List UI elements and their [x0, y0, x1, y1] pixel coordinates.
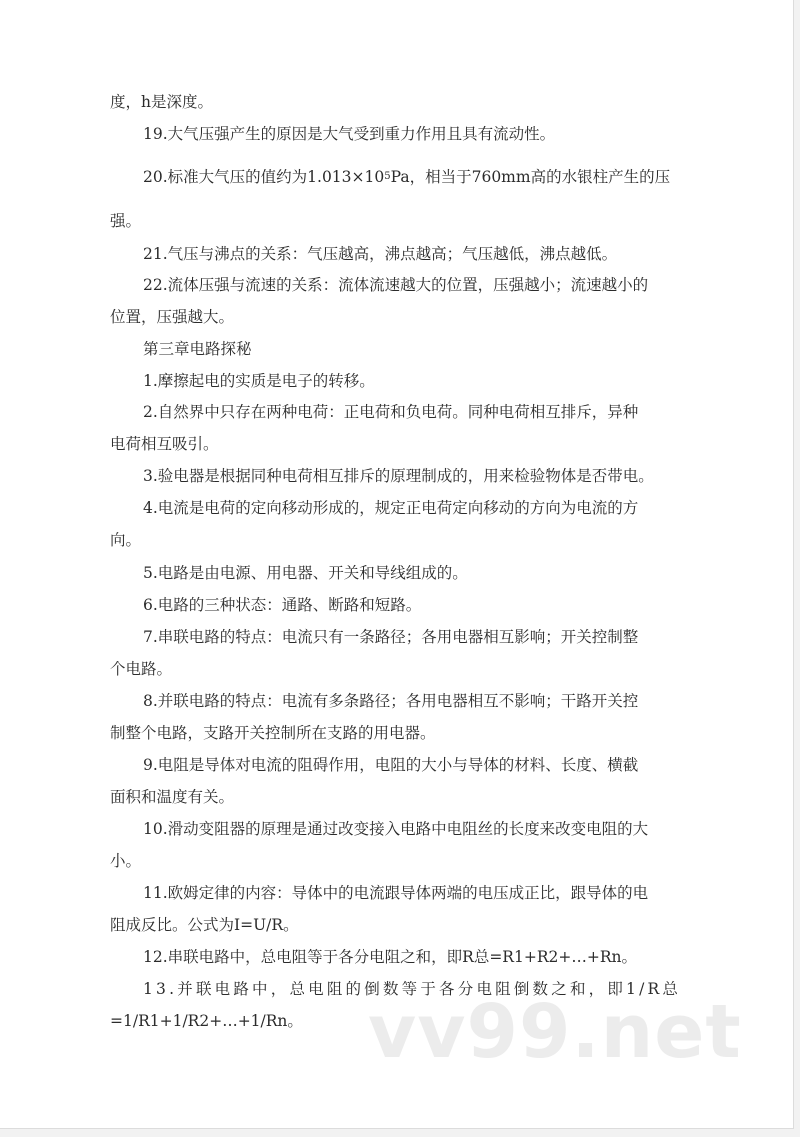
- text-line-item-1: 1.摩擦起电的实质是电子的转移。: [143, 371, 375, 391]
- text-line-item-7: 7.串联电路的特点：电流只有一条路径；各用电器相互影响；开关控制整: [143, 627, 638, 647]
- text-line: 阻成反比。公式为I=U/R。: [110, 915, 299, 935]
- text-segment: 20.标准大气压的值约为1.013×10: [143, 168, 384, 186]
- text-line: 小。: [110, 851, 141, 871]
- text-line: 制整个电路，支路开关控制所在支路的用电器。: [110, 723, 436, 743]
- text-segment: Pa，相当于760mm高的水银柱产生的压: [391, 168, 670, 186]
- watermark: vv99.net: [368, 992, 742, 1072]
- chapter-heading: 第三章电路探秘: [143, 339, 252, 359]
- text-line-item-12: 12.串联电路中，总电阻等于各分电阻之和，即R总=R1+R2+…+Rn。: [143, 947, 637, 967]
- text-line-item-2: 2.自然界中只存在两种电荷：正电荷和负电荷。同种电荷相互排斥，异种: [143, 402, 638, 422]
- text-line: 面积和温度有关。: [110, 787, 234, 807]
- text-line-item-22: 22.流体压强与流速的关系：流体流速越大的位置，压强越小；流速越小的: [143, 275, 648, 295]
- text-line-item-3: 3.验电器是根据同种电荷相互排斥的原理制成的，用来检验物体是否带电。: [143, 466, 654, 486]
- text-line-item-9: 9.电阻是导体对电流的阻碍作用，电阻的大小与导体的材料、长度、横截: [143, 755, 638, 775]
- text-line: 向。: [110, 530, 141, 550]
- text-line-item-21: 21.气压与沸点的关系：气压越高，沸点越高；气压越低，沸点越低。: [143, 244, 617, 264]
- document-page: 度，h是深度。 19.大气压强产生的原因是大气受到重力作用且具有流动性。 20.…: [0, 0, 794, 1129]
- text-line-item-6: 6.电路的三种状态：通路、断路和短路。: [143, 595, 421, 615]
- text-line: =1/R1+1/R2+…+1/Rn。: [110, 1011, 303, 1031]
- text-line-item-19: 19.大气压强产生的原因是大气受到重力作用且具有流动性。: [143, 124, 555, 144]
- text-line-item-5: 5.电路是由电源、用电器、开关和导线组成的。: [143, 563, 468, 583]
- text-line: 电荷相互吸引。: [110, 434, 219, 454]
- text-line-item-20: 20.标准大气压的值约为1.013×105Pa，相当于760mm高的水银柱产生的…: [143, 167, 670, 187]
- text-line-item-8: 8.并联电路的特点：电流有多条路径；各用电器相互不影响；干路开关控: [143, 691, 638, 711]
- text-line-item-4: 4.电流是电荷的定向移动形成的，规定正电荷定向移动的方向为电流的方: [143, 498, 638, 518]
- text-line-item-11: 11.欧姆定律的内容：导体中的电流跟导体两端的电压成正比，跟导体的电: [143, 883, 648, 903]
- text-line-item-10: 10.滑动变阻器的原理是通过改变接入电路中电阻丝的长度来改变电阻的大: [143, 819, 648, 839]
- text-line: 度，h是深度。: [110, 92, 213, 112]
- text-line: 强。: [110, 211, 141, 231]
- text-line: 个电路。: [110, 659, 172, 679]
- text-line: 位置，压强越大。: [110, 307, 234, 327]
